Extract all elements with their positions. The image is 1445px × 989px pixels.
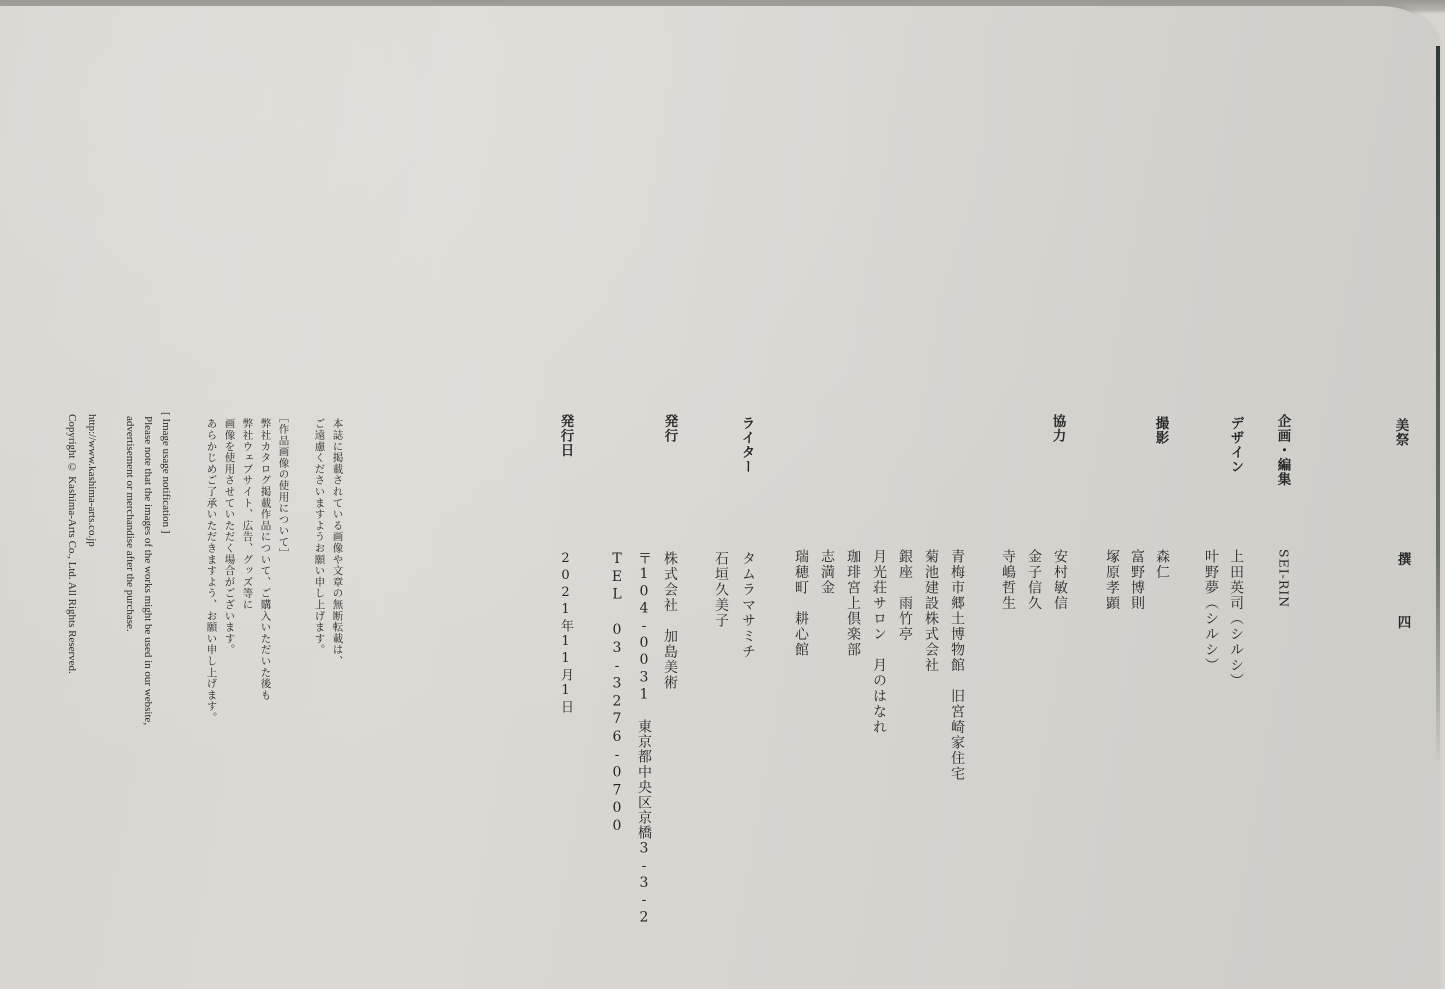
volume-title: 撰 四 bbox=[1395, 552, 1409, 647]
usage-notice-heading: ［作品画像の使用について］ bbox=[278, 412, 289, 559]
credit-role-writer: ライター bbox=[739, 416, 753, 474]
usage-notice-line-2: 弊社ウェブサイト、広告、グッズ等に bbox=[242, 418, 253, 610]
credit-name-writer-2: 石垣久美子 bbox=[714, 551, 728, 629]
publisher-address: 〒104-0031 東京都中央区京橋3-3-2 bbox=[637, 551, 651, 927]
series-title: 美祭 bbox=[1393, 418, 1407, 447]
credit-name-coop-1: 安村敏信 bbox=[1053, 549, 1067, 611]
credit-name-design-2: 叶野夢（シルシ） bbox=[1204, 549, 1218, 673]
show-through-text bbox=[175, 126, 232, 172]
photo-scene: 美祭 撰 四 企画・編集 SEI-RIN デザイン 上田英司（シルシ） 叶野夢（… bbox=[0, 0, 1445, 989]
credit-name-writer-1: タムラマサミチ bbox=[741, 551, 755, 660]
publisher-name: 株式会社 加島美術 bbox=[663, 551, 677, 691]
credit-name-coop-8: 珈琲宮上倶楽部 bbox=[846, 549, 860, 658]
reprint-notice-line-1: 本誌に掲載されている画像や文章の無断転載は、 bbox=[332, 418, 343, 667]
copyright-notice: Copyright © Kashima-Arts Co., Ltd. All R… bbox=[66, 414, 77, 674]
website-url: http://www.kashima-arts.co.jp bbox=[86, 414, 97, 547]
credit-name-coop-3: 寺嶋哲生 bbox=[1001, 549, 1015, 611]
credit-name-photo-1: 森仁 bbox=[1155, 549, 1169, 580]
page-edge-shadow bbox=[1436, 46, 1440, 766]
english-notice-heading: [ Image usage notification ] bbox=[160, 412, 171, 534]
credit-name-coop-9: 志満金 bbox=[820, 549, 834, 596]
english-notice-line-2: advertisement or merchandise after the p… bbox=[124, 416, 135, 632]
credit-role-design: デザイン bbox=[1228, 416, 1242, 474]
credit-name-photo-3: 塚原孝顕 bbox=[1105, 549, 1119, 611]
credit-role-date: 発行日 bbox=[558, 414, 572, 458]
credit-role-photo: 撮影 bbox=[1153, 416, 1167, 445]
credit-name-photo-2: 富野博則 bbox=[1130, 549, 1144, 611]
book-page: 美祭 撰 四 企画・編集 SEI-RIN デザイン 上田英司（シルシ） 叶野夢（… bbox=[0, 6, 1440, 989]
credit-name-design-1: 上田英司（シルシ） bbox=[1229, 549, 1243, 689]
credit-role-cooperation: 協力 bbox=[1050, 414, 1064, 443]
credit-role-publisher: 発行 bbox=[662, 414, 676, 443]
credit-name-editing: SEI-RIN bbox=[1277, 549, 1290, 608]
usage-notice-line-4: あらかじめご了承いただきますよう、お願い申し上げます。 bbox=[206, 418, 217, 723]
usage-notice-line-1: 弊社カタログ掲載作品について、ご購入いただいた後も bbox=[260, 418, 271, 701]
credit-name-coop-5: 菊池建設株式会社 bbox=[924, 549, 938, 673]
credit-name-coop-10: 瑞穂町 耕心館 bbox=[794, 549, 808, 658]
usage-notice-line-3: 画像を使用させていただく場合がございます。 bbox=[224, 418, 235, 655]
english-notice-line-1: Please note that the images of the works… bbox=[142, 416, 153, 725]
reprint-notice-line-2: ご遠慮くださいますようお願い申し上げます。 bbox=[314, 418, 325, 655]
credit-name-coop-7: 月光荘サロン 月のはなれ bbox=[872, 549, 886, 735]
credit-name-coop-6: 銀座 雨竹亭 bbox=[898, 549, 912, 642]
credit-name-coop-2: 金子信久 bbox=[1027, 549, 1041, 611]
credit-role-editing: 企画・編集 bbox=[1275, 414, 1289, 487]
credit-name-coop-4: 青梅市郷土博物館 旧宮崎家住宅 bbox=[950, 549, 964, 782]
publish-date: 2021年11月1日 bbox=[559, 551, 572, 715]
publisher-phone: TEL 03-3276-0700 bbox=[610, 551, 624, 836]
